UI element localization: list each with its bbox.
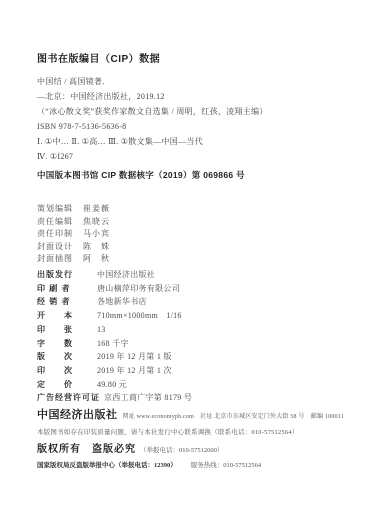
copyright-footer: 版权所有 盗版必究 （举报电话：010-57512600） 国家版权局反盗版举报… [37,440,365,469]
copyright-statement: 版权所有 盗版必究 [37,440,136,455]
publication-label: 版 次 [37,350,93,364]
publication-row: 经 销 者 各地新华书店 [37,295,192,309]
publication-value: 710mm×1000mm 1/16 [97,309,182,323]
publication-value: 各地新华书店 [97,295,147,309]
cip-line: 中国结 / 高国镜著. [37,74,361,89]
publication-label: 经 销 者 [37,295,93,309]
credit-label: 策划编辑 [37,203,75,216]
publication-value: 2019 年 12 月第 1 版 [97,350,172,364]
credit-row: 责任编辑 焦晓云 [37,216,110,229]
publisher-contact-line: 中国经济出版社 网址 www.economyph.com 社址 北京市东城区安定… [37,406,365,422]
quality-notice: 本版图书如存在印装质量问题，请与本社发行中心联系调换（联系电话：010-5751… [37,427,365,436]
publication-value: 京西工商广字第 8179 号 [104,391,192,405]
credit-value: 崔姜薇 [83,203,110,216]
copyright-page: 图书在版编目（CIP）数据 中国结 / 高国镜著. —北京：中国经济出版社，20… [0,0,375,523]
report-phone: （举报电话：010-57512600） [140,445,223,454]
credit-row: 封面设计 陈 姝 [37,241,110,254]
credit-row: 责任印制 马小宾 [37,228,110,241]
publication-label: 广告经营许可证 [37,391,100,405]
credit-row: 策划编辑 崔姜薇 [37,203,110,216]
publication-label: 定 价 [37,378,93,392]
publication-row: 印 张 13 [37,323,192,337]
publication-row: 版 次 2019 年 12 月第 1 版 [37,350,192,364]
credit-value: 马小宾 [83,228,110,241]
credit-label: 责任印制 [37,228,75,241]
credit-label: 封面设计 [37,241,75,254]
publication-label: 印 张 [37,323,93,337]
credit-label: 责任编辑 [37,216,75,229]
cip-line: —北京：中国经济出版社，2019.12 [37,89,361,104]
publication-label: 印 次 [37,364,93,378]
publication-value: 2019 年 12 月第 1 次 [97,364,172,378]
publication-row: 印 刷 者 唐山楠萍印务有限公司 [37,282,192,296]
piracy-report-line: 国家版权局反盗版举报中心（举报电话：12390） 服务热线：010-575125… [37,460,365,469]
credit-value: 阿 秋 [83,253,110,266]
copyright-statement-line: 版权所有 盗版必究 （举报电话：010-57512600） [37,440,365,455]
cip-line: Ⅳ. ①I267 [37,149,361,164]
publication-label: 开 本 [37,309,93,323]
publication-row: 字 数 168 千字 [37,337,192,351]
publication-row: 印 次 2019 年 12 月第 1 次 [37,364,192,378]
piracy-center: 国家版权局反盗版举报中心（举报电话：12390） [37,460,177,469]
cip-registry-line: 中国版本图书馆 CIP 数据核字（2019）第 069866 号 [37,169,361,181]
publication-value: 49.80 元 [97,378,127,392]
publication-value: 唐山楠萍印务有限公司 [97,282,180,296]
publication-value: 13 [97,323,106,337]
publication-value: 中国经济出版社 [97,268,155,282]
cip-title: 图书在版编目（CIP）数据 [37,50,361,65]
publication-row: 广告经营许可证 京西工商广字第 8179 号 [37,391,192,405]
cip-line: Ⅰ. ①中… Ⅱ. ①高… Ⅲ. ①散文集—中国—当代 [37,134,361,149]
publisher-footer: 中国经济出版社 网址 www.economyph.com 社址 北京市东城区安定… [37,406,365,436]
credit-row: 封面插图 阿 秋 [37,253,110,266]
cip-line: （“冰心散文奖”获奖作家散文自选集 / 周明，红孩，凌翔主编） [37,104,361,119]
credit-label: 封面插图 [37,253,75,266]
publication-value: 168 千字 [97,337,129,351]
service-hotline: 服务热线：010-57512564 [191,460,261,469]
publisher-contact-info: 网址 www.economyph.com 社址 北京市东城区安定门外大街 58 … [123,411,344,420]
publication-label: 印 刷 者 [37,282,93,296]
cip-line: ISBN 978-7-5136-5636-8 [37,119,361,134]
cip-section: 图书在版编目（CIP）数据 中国结 / 高国镜著. —北京：中国经济出版社，20… [37,50,361,181]
publication-label: 字 数 [37,337,93,351]
credits-section: 策划编辑 崔姜薇 责任编辑 焦晓云 责任印制 马小宾 封面设计 陈 姝 封面插图… [37,203,110,266]
publisher-name: 中国经济出版社 [37,406,118,422]
publication-row: 开 本 710mm×1000mm 1/16 [37,309,192,323]
publication-info-section: 出版发行 中国经济出版社 印 刷 者 唐山楠萍印务有限公司 经 销 者 各地新华… [37,268,192,405]
publication-row: 出版发行 中国经济出版社 [37,268,192,282]
publication-row: 定 价 49.80 元 [37,378,192,392]
publication-label: 出版发行 [37,268,93,282]
credit-value: 焦晓云 [83,216,110,229]
credit-value: 陈 姝 [83,241,110,254]
